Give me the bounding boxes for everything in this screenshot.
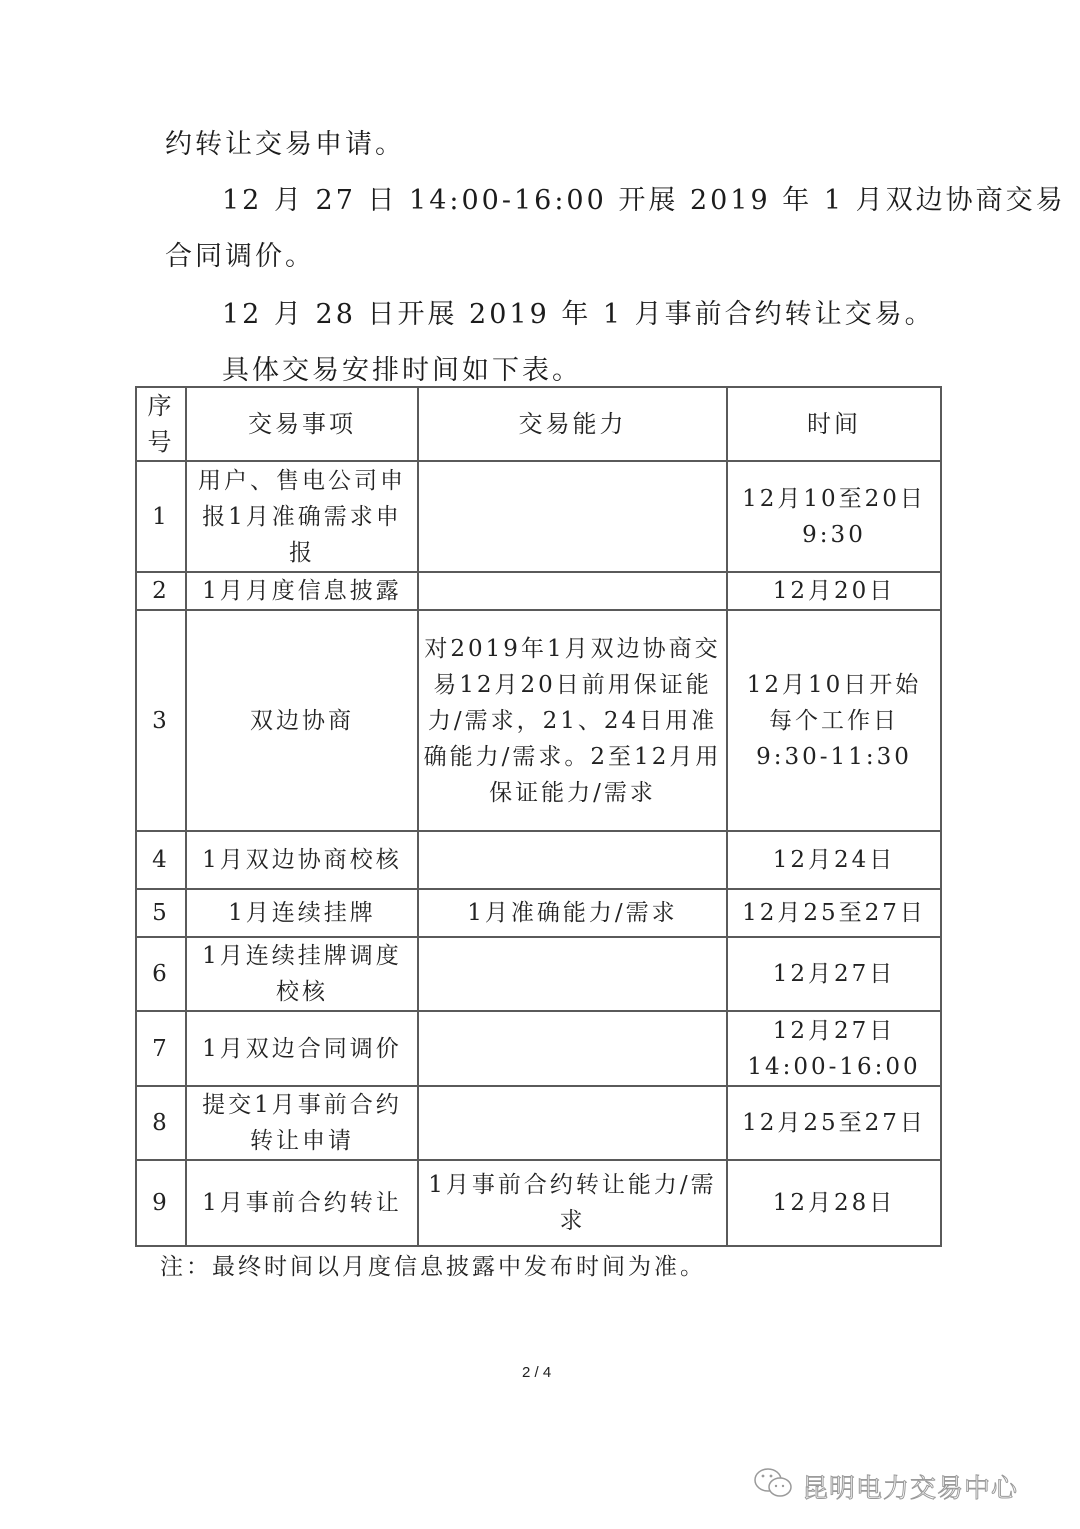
table-row: 7 1月双边合同调价 12月27日 14:00-16:00	[136, 1011, 941, 1086]
cell-time: 12月24日	[727, 831, 941, 889]
cell-capacity: 1月准确能力/需求	[418, 889, 727, 937]
cell-item: 1月事前合约转让	[186, 1160, 418, 1246]
paragraph-5: 具体交易安排时间如下表。	[222, 348, 582, 387]
cell-time: 12月28日	[727, 1160, 941, 1246]
table-row: 3 双边协商 对2019年1月双边协商交易12月20日前用保证能力/需求，21、…	[136, 610, 941, 831]
cell-item: 1月连续挂牌调度校核	[186, 937, 418, 1011]
cell-no: 5	[136, 889, 186, 937]
table-row: 1 用户、售电公司申报1月准确需求申报 12月10至20日 9:30	[136, 461, 941, 572]
cell-no: 6	[136, 937, 186, 1011]
watermark-text: 昆明电力交易中心	[802, 1468, 1018, 1505]
cell-no: 1	[136, 461, 186, 572]
wechat-icon	[752, 1466, 796, 1506]
cell-capacity	[418, 572, 727, 610]
page-number: 2 / 4	[522, 1364, 551, 1381]
cell-time: 12月25至27日	[727, 1086, 941, 1160]
header-capacity: 交易能力	[418, 387, 727, 461]
cell-time: 12月10日开始 每个工作日 9:30-11:30	[727, 610, 941, 831]
table-row: 8 提交1月事前合约转让申请 12月25至27日	[136, 1086, 941, 1160]
watermark: 昆明电力交易中心	[752, 1466, 1018, 1506]
cell-capacity	[418, 937, 727, 1011]
cell-time: 12月27日	[727, 937, 941, 1011]
table-note: 注：最终时间以月度信息披露中发布时间为准。	[160, 1248, 706, 1281]
cell-time: 12月10至20日 9:30	[727, 461, 941, 572]
cell-time: 12月25至27日	[727, 889, 941, 937]
cell-capacity	[418, 831, 727, 889]
cell-capacity	[418, 461, 727, 572]
table-row: 4 1月双边协商校核 12月24日	[136, 831, 941, 889]
cell-item: 1月连续挂牌	[186, 889, 418, 937]
cell-item: 提交1月事前合约转让申请	[186, 1086, 418, 1160]
cell-item: 双边协商	[186, 610, 418, 831]
paragraph-2: 12 月 27 日 14:00-16:00 开展 2019 年 1 月双边协商交…	[222, 178, 1066, 217]
paragraph-4: 12 月 28 日开展 2019 年 1 月事前合约转让交易。	[222, 292, 935, 331]
cell-no: 4	[136, 831, 186, 889]
cell-capacity	[418, 1086, 727, 1160]
paragraph-3: 合同调价。	[165, 234, 315, 273]
paragraph-1: 约转让交易申请。	[165, 122, 405, 161]
cell-item: 1月双边协商校核	[186, 831, 418, 889]
table-row: 2 1月月度信息披露 12月20日	[136, 572, 941, 610]
cell-no: 9	[136, 1160, 186, 1246]
table-header-row: 序号 交易事项 交易能力 时间	[136, 387, 941, 461]
table-row: 5 1月连续挂牌 1月准确能力/需求 12月25至27日	[136, 889, 941, 937]
cell-item: 1月双边合同调价	[186, 1011, 418, 1086]
cell-capacity: 1月事前合约转让能力/需求	[418, 1160, 727, 1246]
cell-capacity	[418, 1011, 727, 1086]
header-time: 时间	[727, 387, 941, 461]
cell-capacity: 对2019年1月双边协商交易12月20日前用保证能力/需求，21、24日用准确能…	[418, 610, 727, 831]
cell-item: 用户、售电公司申报1月准确需求申报	[186, 461, 418, 572]
cell-item: 1月月度信息披露	[186, 572, 418, 610]
table-row: 6 1月连续挂牌调度校核 12月27日	[136, 937, 941, 1011]
header-no: 序号	[136, 387, 186, 461]
header-item: 交易事项	[186, 387, 418, 461]
cell-no: 7	[136, 1011, 186, 1086]
cell-no: 8	[136, 1086, 186, 1160]
cell-no: 3	[136, 610, 186, 831]
table-row: 9 1月事前合约转让 1月事前合约转让能力/需求 12月28日	[136, 1160, 941, 1246]
cell-no: 2	[136, 572, 186, 610]
schedule-table: 序号 交易事项 交易能力 时间 1 用户、售电公司申报1月准确需求申报 12月1…	[135, 386, 942, 1247]
cell-time: 12月27日 14:00-16:00	[727, 1011, 941, 1086]
cell-time: 12月20日	[727, 572, 941, 610]
